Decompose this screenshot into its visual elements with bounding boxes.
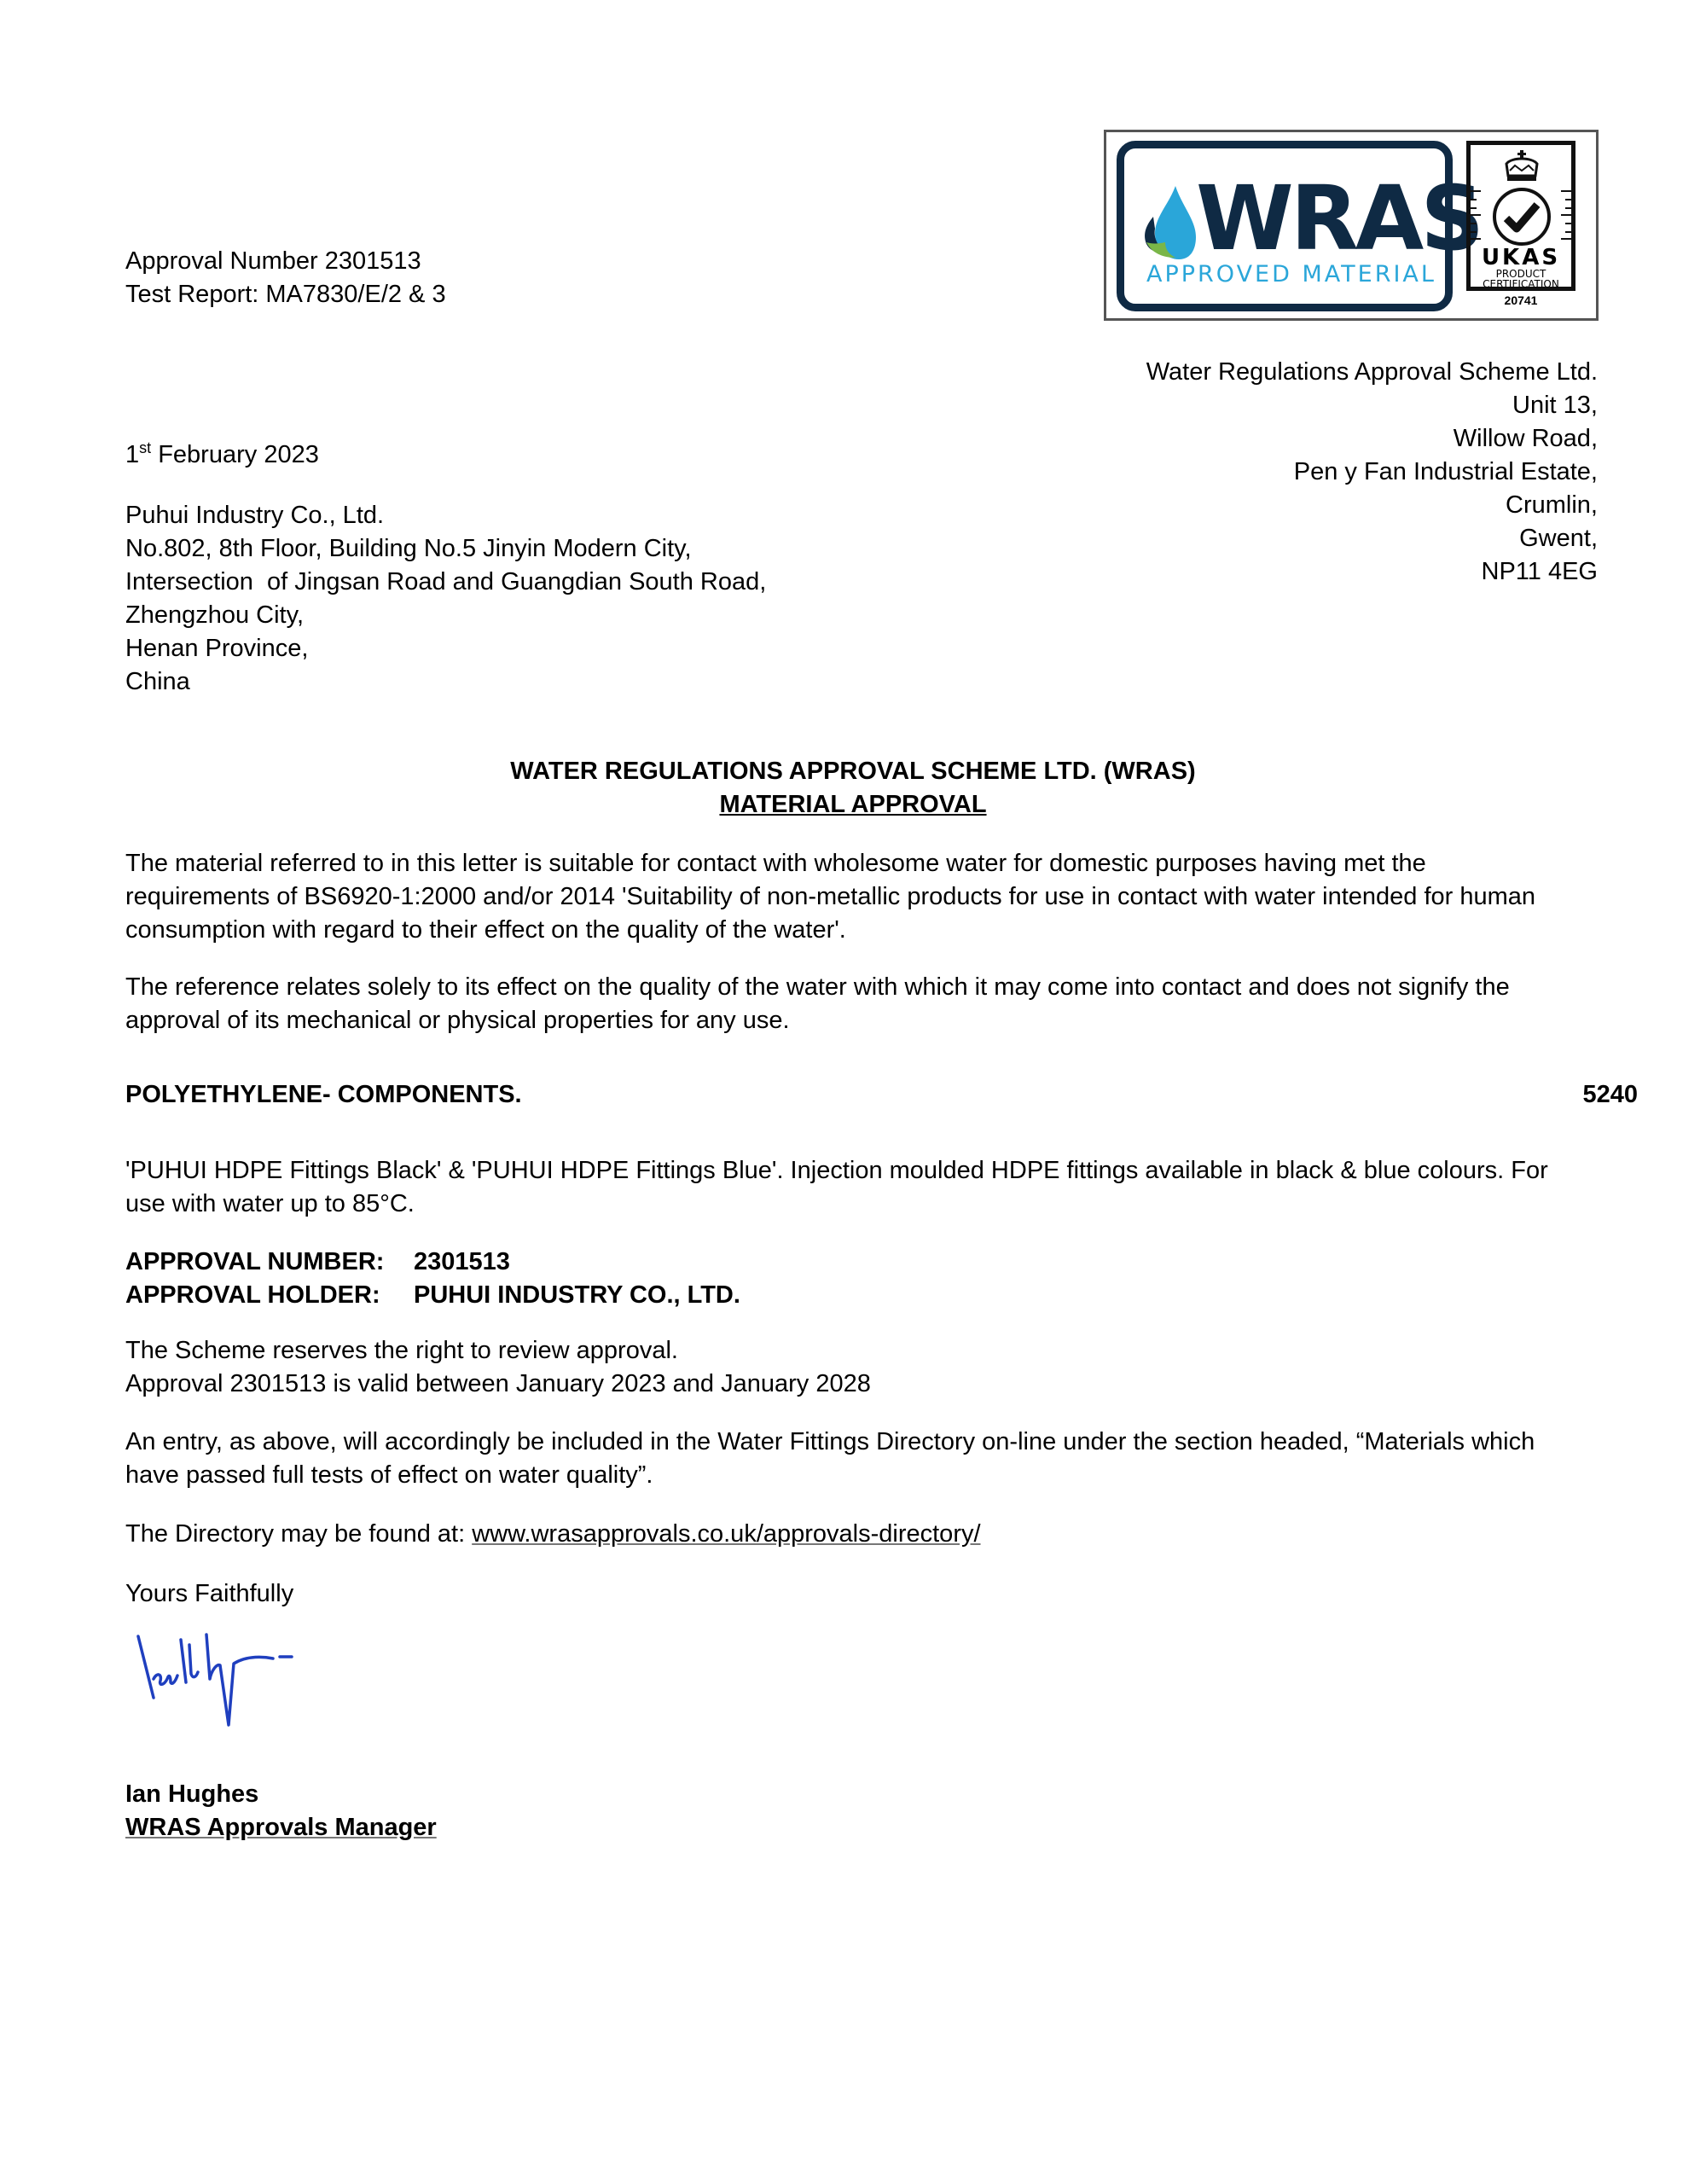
reference-scope-paragraph: The reference relates solely to its effe… bbox=[125, 971, 1610, 1037]
paragraph-line: Approval 2301513 is valid between Januar… bbox=[125, 1368, 1610, 1401]
paragraph-line: consumption with regard to their effect … bbox=[125, 914, 1610, 947]
directory-link[interactable]: www.wrasapprovals.co.uk/approvals-direct… bbox=[472, 1520, 980, 1548]
checkmark-circle-icon bbox=[1491, 186, 1552, 247]
scale-ticks-left-icon bbox=[1471, 189, 1481, 241]
wras-wordmark: WRAS bbox=[1196, 167, 1481, 270]
test-report-line: Test Report: MA7830/E/2 & 3 bbox=[125, 278, 446, 311]
address-line: Henan Province, bbox=[125, 632, 766, 665]
paragraph-line: have passed full tests of effect on wate… bbox=[125, 1459, 1610, 1492]
scale-ticks-right-icon bbox=[1561, 189, 1571, 241]
approval-number-line: Approval Number 2301513 bbox=[125, 245, 446, 278]
signatory-name: Ian Hughes bbox=[125, 1778, 437, 1811]
address-line: No.802, 8th Floor, Building No.5 Jinyin … bbox=[125, 532, 766, 566]
address-line: Zhengzhou City, bbox=[125, 599, 766, 632]
address-line: Water Regulations Approval Scheme Ltd. bbox=[1146, 356, 1598, 389]
paragraph-line: 'PUHUI HDPE Fittings Black' & 'PUHUI HDP… bbox=[125, 1154, 1610, 1188]
date-day: 1 bbox=[125, 441, 139, 468]
date-suffix: st bbox=[139, 439, 151, 456]
sender-address: Water Regulations Approval Scheme Ltd. U… bbox=[1146, 356, 1598, 589]
paragraph-line: use with water up to 85°C. bbox=[125, 1188, 1610, 1221]
paragraph-line: The material referred to in this letter … bbox=[125, 847, 1610, 880]
address-line: Unit 13, bbox=[1146, 389, 1598, 422]
address-line: Crumlin, bbox=[1146, 489, 1598, 522]
product-code: 5240 bbox=[1582, 1078, 1638, 1112]
approval-holder-value: PUHUI INDUSTRY CO., LTD. bbox=[414, 1281, 740, 1309]
ukas-certification-label: CERTIFICATION bbox=[1471, 279, 1571, 290]
address-line: Intersection of Jingsan Road and Guangdi… bbox=[125, 566, 766, 599]
product-category: POLYETHYLENE- COMPONENTS. bbox=[125, 1078, 522, 1112]
suitability-paragraph: The material referred to in this letter … bbox=[125, 847, 1610, 947]
product-description: 'PUHUI HDPE Fittings Black' & 'PUHUI HDP… bbox=[125, 1154, 1610, 1221]
validity-paragraph: The Scheme reserves the right to review … bbox=[125, 1334, 1610, 1401]
paragraph-line: The Scheme reserves the right to review … bbox=[125, 1334, 1610, 1368]
document-heading: WATER REGULATIONS APPROVAL SCHEME LTD. (… bbox=[0, 755, 1706, 822]
ukas-number: 20741 bbox=[1466, 293, 1575, 308]
wras-subtitle: APPROVED MATERIAL bbox=[1146, 261, 1436, 288]
directory-prefix: The Directory may be found at: bbox=[125, 1520, 472, 1548]
address-line: Puhui Industry Co., Ltd. bbox=[125, 499, 766, 532]
paragraph-line: An entry, as above, will accordingly be … bbox=[125, 1426, 1610, 1459]
letter-date: 1st February 2023 bbox=[125, 439, 319, 472]
ukas-logo: UKAS PRODUCT CERTIFICATION bbox=[1466, 141, 1575, 291]
wras-ukas-logo: WRAS APPROVED MATERIAL UKAS PRODUCT CERT… bbox=[1104, 130, 1599, 321]
address-line: Gwent, bbox=[1146, 522, 1598, 555]
signatory: Ian Hughes WRAS Approvals Manager bbox=[125, 1778, 437, 1844]
heading-subtitle: MATERIAL APPROVAL bbox=[719, 791, 986, 818]
closing: Yours Faithfully bbox=[125, 1577, 293, 1611]
approval-number-value: 2301513 bbox=[414, 1248, 510, 1275]
heading-title: WATER REGULATIONS APPROVAL SCHEME LTD. (… bbox=[0, 755, 1706, 788]
directory-link-paragraph: The Directory may be found at: www.wrasa… bbox=[125, 1518, 1610, 1551]
approval-holder-label: APPROVAL HOLDER: bbox=[125, 1279, 414, 1312]
address-line: Pen y Fan Industrial Estate, bbox=[1146, 456, 1598, 489]
paragraph-line: approval of its mechanical or physical p… bbox=[125, 1004, 1610, 1037]
paragraph-line: The reference relates solely to its effe… bbox=[125, 971, 1610, 1004]
date-rest: February 2023 bbox=[151, 441, 319, 468]
paragraph-line: requirements of BS6920-1:2000 and/or 201… bbox=[125, 880, 1610, 914]
address-line: Willow Road, bbox=[1146, 422, 1598, 456]
directory-entry-paragraph: An entry, as above, will accordingly be … bbox=[125, 1426, 1610, 1492]
crown-icon bbox=[1503, 150, 1541, 183]
reference-block: Approval Number 2301513 Test Report: MA7… bbox=[125, 245, 446, 311]
wras-logo: WRAS APPROVED MATERIAL bbox=[1117, 141, 1453, 311]
recipient-address: Puhui Industry Co., Ltd. No.802, 8th Flo… bbox=[125, 499, 766, 699]
ukas-wordmark: UKAS bbox=[1471, 246, 1571, 270]
water-drop-icon bbox=[1143, 186, 1196, 259]
address-line: China bbox=[125, 665, 766, 699]
signature-icon bbox=[128, 1629, 299, 1740]
approval-number-label: APPROVAL NUMBER: bbox=[125, 1246, 414, 1279]
approval-info: APPROVAL NUMBER:2301513 APPROVAL HOLDER:… bbox=[125, 1246, 740, 1312]
address-line: NP11 4EG bbox=[1146, 555, 1598, 589]
signatory-role: WRAS Approvals Manager bbox=[125, 1814, 437, 1841]
